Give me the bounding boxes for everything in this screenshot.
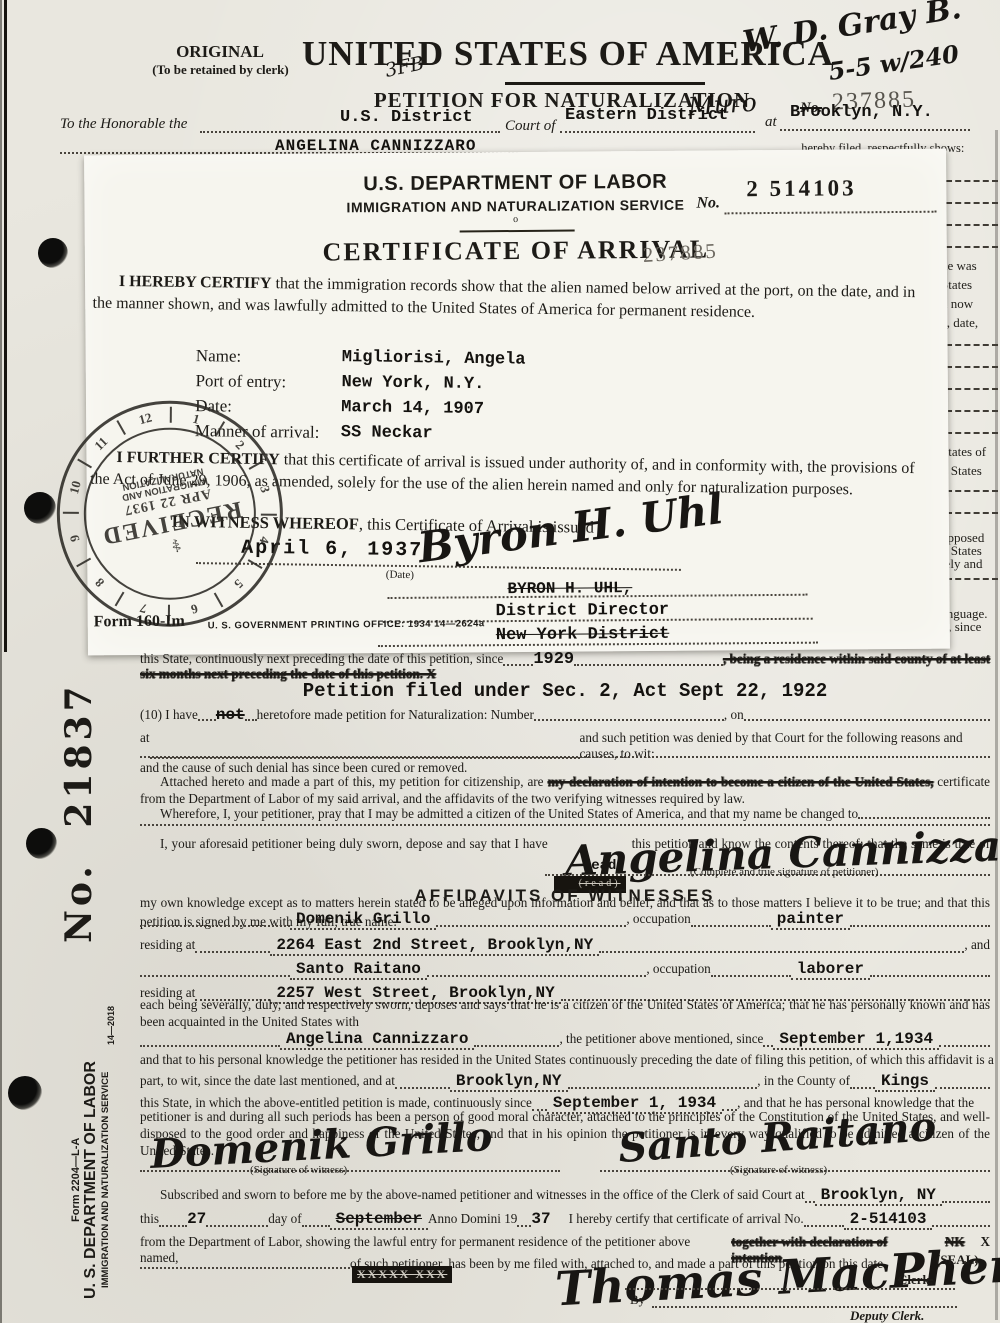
signer-district-typed: New York District <box>496 625 670 645</box>
subscribed-text: Subscribed and sworn to before me by the… <box>140 1187 805 1203</box>
witness2-signature-caption: (Signature of witness) <box>730 1164 827 1176</box>
attached-pre: Attached hereto and made a part of this,… <box>160 774 547 789</box>
witness1-row: Domenik Grillo , occupation painter <box>140 910 990 930</box>
dotted-fill <box>942 1201 990 1203</box>
at-label: at <box>765 114 777 131</box>
dotted-fill <box>850 925 990 927</box>
xxx-strikeout: XXXXX XXX <box>352 1266 452 1283</box>
dotted-fill <box>206 1225 268 1227</box>
acquainted-petitioner-name: Angelina Cannizzaro <box>280 1030 474 1050</box>
signer-name-typed: BYRON H. UHL, <box>507 579 632 598</box>
attached-paragraph: Attached hereto and made a part of this,… <box>140 773 990 807</box>
witness1-address: 2264 East 2nd Street, Brooklyn,NY <box>270 936 599 956</box>
cert-date-caption: (Date) <box>386 569 414 581</box>
dotted-fill <box>140 925 290 927</box>
cert-form-number: Form 160-Im <box>94 613 185 632</box>
dotted-fill <box>744 719 990 721</box>
date-certify-row: this 27 day of September Anno Domini 19 … <box>140 1210 990 1230</box>
dotted-fill <box>200 131 500 133</box>
witness-sworn-text: each being severally, duly, and respecti… <box>140 996 990 1030</box>
witness2-name: Santo Raitano <box>290 960 427 980</box>
margin-form-code: Form 2204—L-A <box>70 1040 82 1320</box>
residing-label: residing at <box>140 937 195 953</box>
dotted-fill <box>302 1225 330 1227</box>
dotted-fill <box>870 975 990 977</box>
date-value: March 14, 1907 <box>341 398 484 419</box>
deputy-clerk-label: Deputy Clerk. <box>850 1308 924 1323</box>
occupation-label: , occupation <box>626 911 690 927</box>
clerk-label-struck: Clerk. <box>898 1272 933 1288</box>
dashed-line-fragment <box>946 578 998 580</box>
cert-certify-lead: I HEREBY CERTIFY <box>119 273 272 292</box>
since-pre-text: this State, continuously next preceding … <box>140 651 503 667</box>
seal-label: (SEAL) <box>936 1252 979 1268</box>
margin-service: IMMIGRATION AND NATURALIZATION SERVICE <box>100 1040 111 1320</box>
name-value: Migliorisi, Angela <box>342 348 526 370</box>
month-value: September <box>330 1210 428 1230</box>
port-value: New York, N.Y. <box>341 373 484 394</box>
scan-edge-left-dark <box>4 0 7 652</box>
sworn-pre: I, your aforesaid petitioner being duly … <box>160 836 548 851</box>
item10-on: , on <box>724 707 744 723</box>
dotted-fill <box>517 1225 531 1227</box>
dotted-fill <box>625 1288 955 1290</box>
witness1-address-row: residing at 2264 East 2nd Street, Brookl… <box>140 936 990 956</box>
place-value: Brooklyn, N.Y. <box>790 103 933 122</box>
cert-gpo-line: U. S. GOVERNMENT PRINTING OFFICE: 1934 1… <box>208 618 485 631</box>
item10-row: (10) I have not heretofore made petition… <box>140 706 990 724</box>
punch-hole <box>26 828 57 859</box>
dashed-line-fragment <box>946 410 998 412</box>
subscribed-row: Subscribed and sworn to before me by the… <box>140 1186 990 1206</box>
dotted-fill <box>780 129 970 131</box>
item10-not: not <box>216 706 245 724</box>
court-of-label: Court of <box>505 118 555 135</box>
stamp-dial-tick <box>63 512 79 514</box>
wherefore-row: Wherefore, I, your petitioner, pray that… <box>140 806 990 822</box>
dashed-line-fragment <box>946 432 998 434</box>
item10-pre: (10) I have <box>140 707 198 723</box>
by-label: By <box>630 1292 645 1308</box>
sec2-typed-line: Petition filed under Sec. 2, Act Sept 22… <box>140 680 990 702</box>
dotted-fill <box>436 925 626 927</box>
dashed-line-fragment <box>946 202 998 204</box>
certificate-of-arrival-card: U.S. DEPARTMENT OF LABOR IMMIGRATION AND… <box>84 149 950 656</box>
original-sublabel: (To be retained by clerk) <box>143 62 298 78</box>
dashed-line-fragment <box>946 180 998 182</box>
residence-value: Brooklyn,NY <box>450 1072 568 1092</box>
dotted-fill <box>932 1225 990 1227</box>
resided-line1: and that to his personal knowledge the p… <box>140 1052 994 1068</box>
dotted-fill <box>691 925 771 927</box>
resided-line2-row: part, to wit, since the date last mentio… <box>140 1072 990 1092</box>
margin-small-code: 14—2018 <box>106 985 116 1045</box>
mentioned-label: , the petitioner above mentioned, since <box>559 1031 763 1047</box>
dotted-fill <box>534 719 724 721</box>
margin-dept: U. S. DEPARTMENT OF LABOR <box>82 1040 100 1320</box>
affidavits-title: AFFIDAVITS OF WITNESSES <box>140 886 990 906</box>
dotted-fill <box>850 1087 875 1089</box>
dashed-line-fragment <box>946 246 998 248</box>
dotted-fill <box>198 719 216 721</box>
dotted-fill <box>140 975 290 977</box>
stamp-dial-tick <box>170 407 172 423</box>
dotted-fill <box>560 131 755 133</box>
year-value: 37 <box>531 1210 550 1228</box>
witness2-row: Santo Raitano , occupation laborer <box>140 960 990 980</box>
and-label: , and <box>964 937 990 953</box>
punch-hole <box>38 238 68 268</box>
court-name-value: U.S. District <box>340 108 473 127</box>
at-label: at <box>140 730 150 746</box>
dotted-fill <box>935 1087 990 1089</box>
caduceus-icon: ⚕ <box>169 534 183 556</box>
name-label: Name: <box>196 346 242 367</box>
dotted-fill <box>395 1087 450 1089</box>
punch-hole <box>8 1076 42 1110</box>
dotted-fill <box>159 1225 187 1227</box>
scan-edge-left <box>0 0 2 1323</box>
anno-domini-label: Anno Domini 19 <box>428 1211 517 1227</box>
dotted-fill <box>245 719 257 721</box>
this-label: this <box>140 1211 159 1227</box>
dotted-fill <box>140 1045 280 1047</box>
dotted-fill <box>568 1087 758 1089</box>
county-value: Kings <box>875 1072 935 1092</box>
witness1-signature-caption: (Signature of witness) <box>250 1164 347 1176</box>
dotted-fill <box>474 1045 559 1047</box>
day-value: 27 <box>187 1210 206 1228</box>
attached-struck: my declaration of intention to become a … <box>547 774 933 789</box>
manner-value: SS Neckar <box>341 423 433 443</box>
witness1-occupation: painter <box>771 910 850 930</box>
wherefore-text: Wherefore, I, your petitioner, pray that… <box>140 806 858 822</box>
arrival-no-value: 2-514103 <box>844 1210 933 1230</box>
dotted-fill <box>858 817 990 819</box>
since-value: 1929 <box>533 650 574 669</box>
dotted-fill <box>805 1201 815 1203</box>
dotted-fill <box>804 1225 844 1227</box>
dashed-line-fragment <box>946 512 998 514</box>
acquainted-since-date: September 1,1934 <box>773 1030 939 1050</box>
stamp-center-text: ⚕ RECEIVED APR 22 1937 IMMIGRATION AND N… <box>72 416 268 612</box>
dashed-line-fragment <box>946 490 998 492</box>
dotted-fill <box>427 975 647 977</box>
dashed-line-fragment <box>946 344 998 346</box>
dotted-fill <box>140 1170 560 1172</box>
resided-line2-pre: part, to wit, since the date last mentio… <box>140 1073 395 1089</box>
dashed-line-fragment <box>946 388 998 390</box>
naturalization-petition-scan: ORIGINAL (To be retained by clerk) UNITE… <box>0 0 1000 1323</box>
original-label: ORIGINAL <box>150 42 290 62</box>
dashed-line-fragment <box>946 366 998 368</box>
certify-arrival-text: I hereby certify that certificate of arr… <box>569 1211 804 1227</box>
district-value: Eastern District <box>565 106 728 125</box>
witness2-occupation: laborer <box>791 960 870 980</box>
county-label: , in the County of <box>757 1073 850 1089</box>
cert-certify-paragraph: I HEREBY CERTIFY that the immigration re… <box>92 271 933 328</box>
dotted-fill <box>574 664 723 666</box>
margin-form-block: Form 2204—L-A U. S. DEPARTMENT OF LABOR … <box>70 1040 111 1320</box>
dotted-fill <box>140 756 990 758</box>
dashed-line-fragment <box>946 224 998 226</box>
signer-title-typed: District Director <box>496 601 670 621</box>
dotted-fill <box>503 664 533 666</box>
handwritten-number: 5-5 w/240 <box>827 39 961 86</box>
dotted-fill <box>140 1267 350 1269</box>
to-honorable-label: To the Honorable the <box>60 116 187 133</box>
scan-edge-right <box>995 130 998 1320</box>
stamp-dial-tick <box>261 514 277 516</box>
title-underline <box>505 82 705 85</box>
court-place-value: Brooklyn, NY <box>815 1186 942 1206</box>
dotted-fill <box>939 1045 990 1047</box>
petitioner-signature-caption: (Complete and true signature of petition… <box>690 866 878 878</box>
dotted-fill <box>711 975 791 977</box>
witness1-name: Domenik Grillo <box>290 910 436 930</box>
dotted-fill <box>195 951 270 953</box>
acquainted-row: Angelina Cannizzaro , the petitioner abo… <box>140 1030 990 1050</box>
dotted-fill <box>763 1045 773 1047</box>
occupation-label: , occupation <box>646 961 710 977</box>
margin-case-number: No. 21837 <box>58 728 100 943</box>
item10-mid: heretofore made petition for Naturalizat… <box>257 707 534 723</box>
since-post-overstruck: , being a residence within said county o… <box>723 651 990 667</box>
dotted-fill <box>599 951 964 953</box>
day-of-label: day of <box>268 1211 301 1227</box>
